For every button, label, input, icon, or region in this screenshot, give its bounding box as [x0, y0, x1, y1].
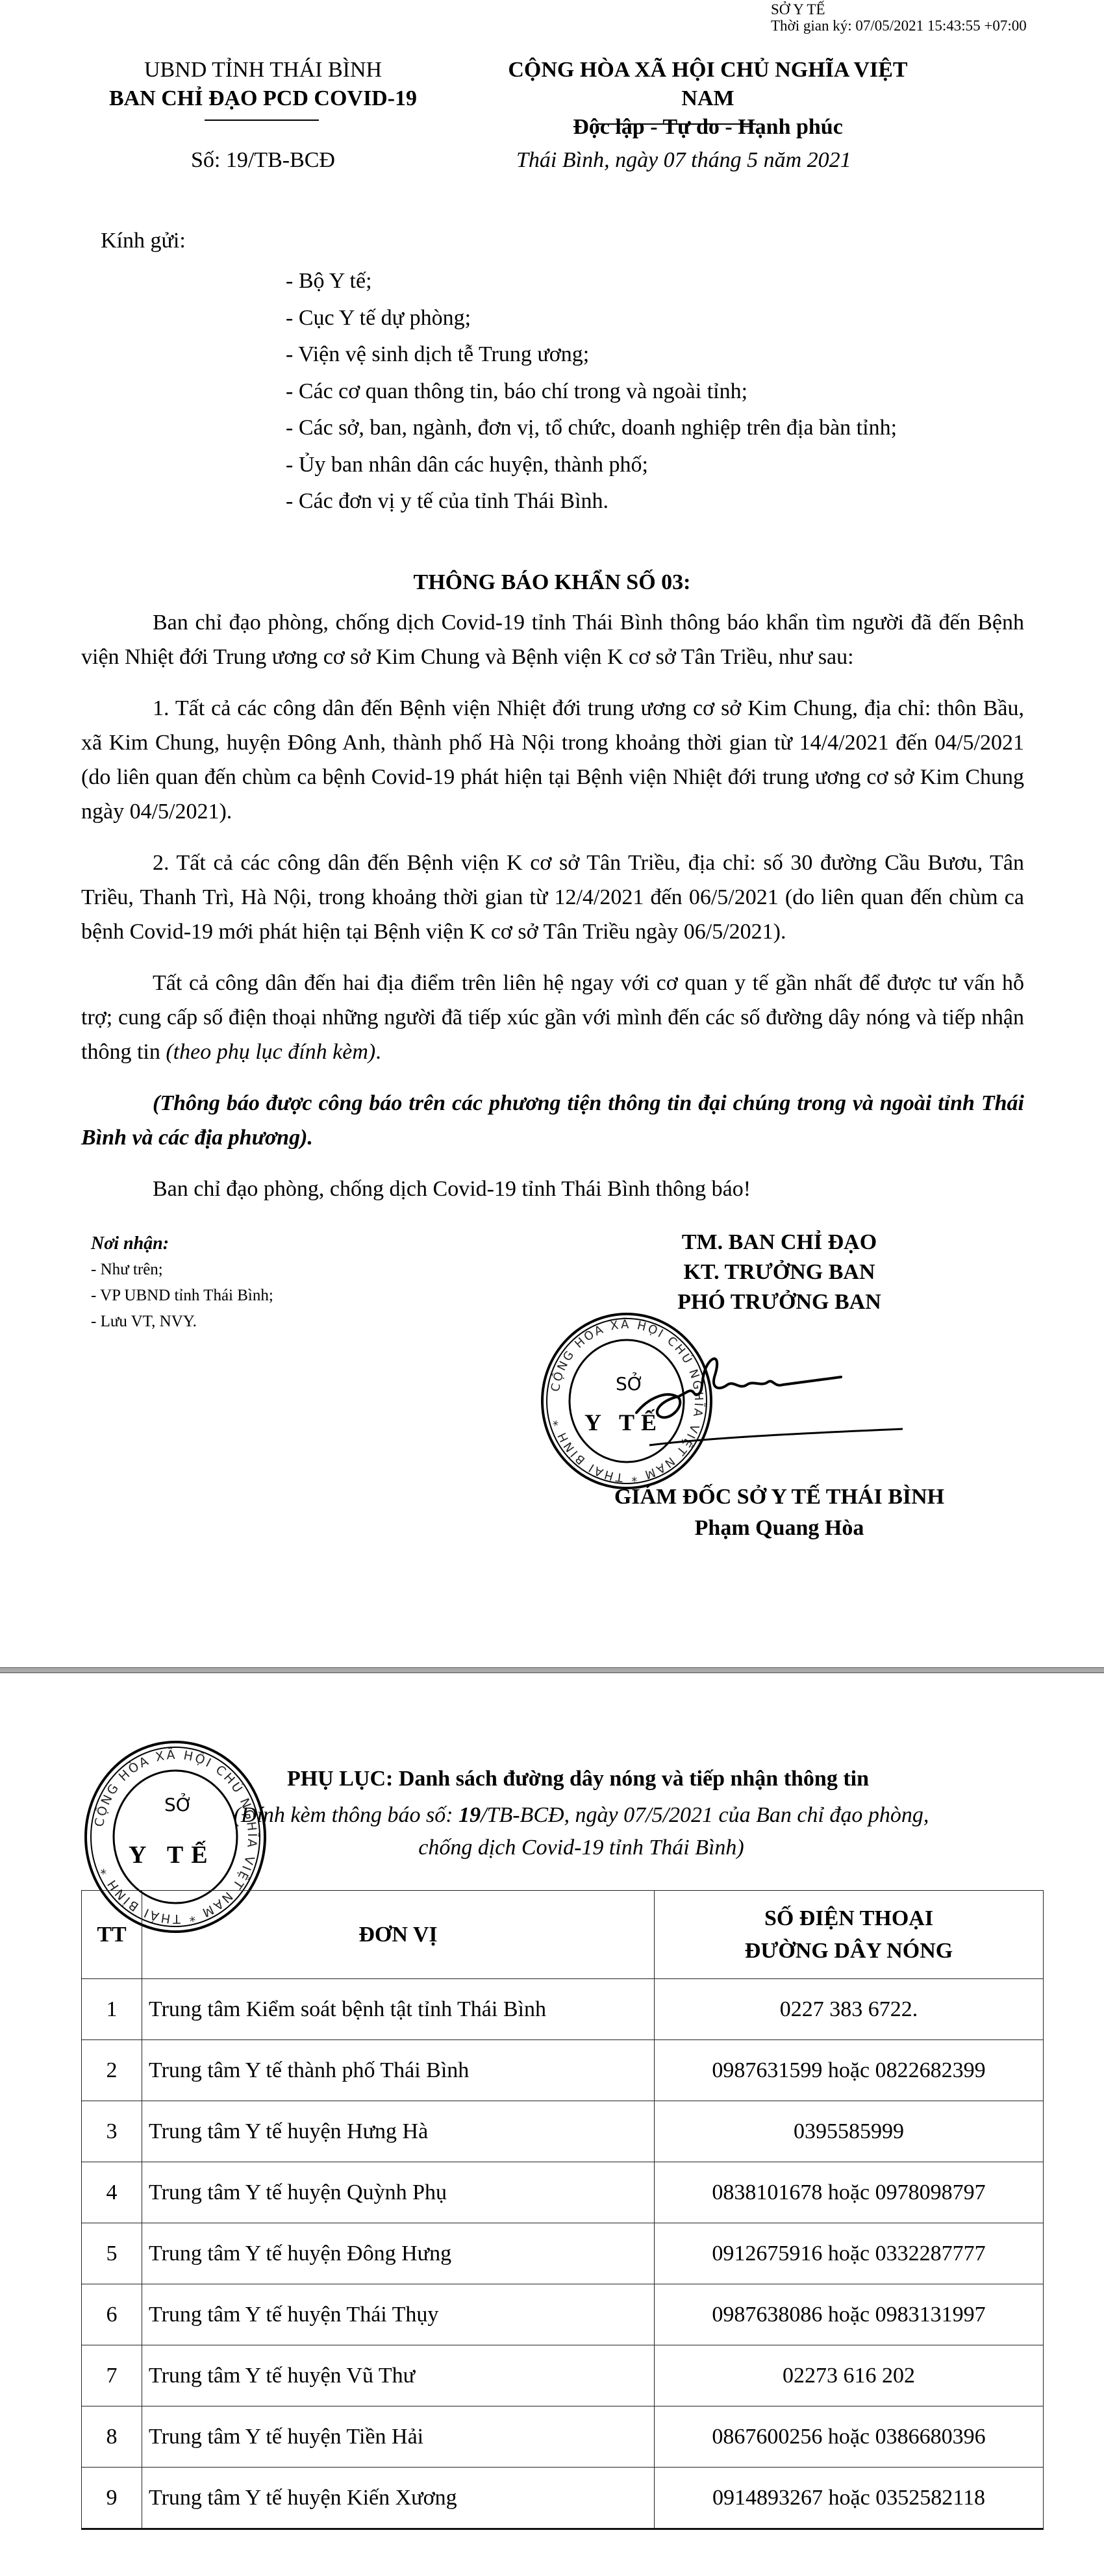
row-number: 2 [82, 2040, 142, 2101]
publish-note: (Thông báo được công báo trên các phương… [81, 1086, 1024, 1155]
receiver-item: - VP UBND tỉnh Thái Bình; [91, 1283, 273, 1309]
row-unit: Trung tâm Y tế huyện Hưng Hà [142, 2101, 655, 2162]
row-phone: 0867600256 hoặc 0386680396 [655, 2406, 1044, 2468]
receiver-item: - Lưu VT, NVY. [91, 1309, 273, 1335]
signature-line-3: PHÓ TRƯỞNG BAN [533, 1287, 1026, 1317]
salutation-label: Kính gửi: [101, 229, 186, 253]
header-unit: ĐƠN VỊ [142, 1891, 655, 1979]
digital-signature-org: SỞ Y TẾ [771, 1, 825, 18]
recipient-item: - Cục Y tế dự phòng; [286, 300, 897, 337]
row-unit: Trung tâm Kiểm soát bệnh tật tỉnh Thái B… [142, 1979, 655, 2040]
header-tt: TT [82, 1891, 142, 1979]
contact-end: . [375, 1040, 381, 1064]
notice-item-1: 1. Tất cả các công dân đến Bệnh viện Nhi… [81, 691, 1024, 829]
issuer-name: BAN CHỈ ĐẠO PCD COVID-19 [68, 84, 458, 113]
table-row: 3Trung tâm Y tế huyện Hưng Hà0395585999 [82, 2101, 1044, 2162]
table-row: 7Trung tâm Y tế huyện Vũ Thư02273 616 20… [82, 2345, 1044, 2406]
signer-name: Phạm Quang Hòa [533, 1513, 1026, 1543]
appendix-title: PHỤ LỤC: Danh sách đường dây nóng và tiế… [156, 1767, 1000, 1791]
row-unit: Trung tâm Y tế thành phố Thái Bình [142, 2040, 655, 2101]
header-phone-line2: ĐƯỜNG DÂY NÓNG [661, 1935, 1036, 1967]
appendix-subtitle-post: /TB-BCĐ, ngày 07/5/2021 của Ban chỉ đạo … [481, 1803, 929, 1827]
document-page-1: SỞ Y TẾ Thời gian ký: 07/05/2021 15:43:5… [0, 0, 1104, 1667]
recipient-item: - Bộ Y tế; [286, 263, 897, 300]
page-separator [0, 1667, 1104, 1673]
recipient-item: - Viện vệ sinh dịch tễ Trung ương; [286, 336, 897, 373]
hotline-table: TT ĐƠN VỊ SỐ ĐIỆN THOẠI ĐƯỜNG DÂY NÓNG 1… [81, 1890, 1044, 2530]
row-number: 4 [82, 2162, 142, 2223]
appendix-subtitle-line2: chống dịch Covid-19 tỉnh Thái Bình) [136, 1832, 1026, 1864]
notice-closing: Ban chỉ đạo phòng, chống dịch Covid-19 t… [81, 1172, 1024, 1206]
recipient-item: - Ủy ban nhân dân các huyện, thành phố; [286, 447, 897, 484]
signature-line-1: TM. BAN CHỈ ĐẠO [533, 1228, 1026, 1257]
table-row: 9Trung tâm Y tế huyện Kiến Xương09148932… [82, 2468, 1044, 2529]
table-row: 1Trung tâm Kiểm soát bệnh tật tỉnh Thái … [82, 1979, 1044, 2040]
document-number: Số: 19/TB-BCĐ [68, 148, 458, 173]
official-seal-icon: CỘNG HÒA XÃ HỘI CHỦ NGHĨA VIỆT NAM * THÁ… [539, 1312, 714, 1491]
svg-text:SỞ: SỞ [616, 1371, 644, 1395]
national-header: CỘNG HÒA XÃ HỘI CHỦ NGHĨA VIỆT NAM Độc l… [484, 56, 932, 142]
header-phone: SỐ ĐIỆN THOẠI ĐƯỜNG DÂY NÓNG [655, 1891, 1044, 1979]
recipient-item: - Các đơn vị y tế của tỉnh Thái Bình. [286, 483, 897, 520]
receivers-block: Nơi nhận: - Như trên; - VP UBND tỉnh Thá… [91, 1231, 273, 1335]
receiver-item: - Như trên; [91, 1257, 273, 1283]
notice-heading: THÔNG BÁO KHẨN SỐ 03: [0, 570, 1104, 595]
recipient-list: - Bộ Y tế; - Cục Y tế dự phòng; - Viện v… [286, 263, 897, 520]
row-phone: 0912675916 hoặc 0332287777 [655, 2223, 1044, 2284]
table-row: 8Trung tâm Y tế huyện Tiền Hải0867600256… [82, 2406, 1044, 2468]
row-phone: 0227 383 6722. [655, 1979, 1044, 2040]
issuer-parent: UBND TỈNH THÁI BÌNH [68, 56, 458, 84]
digital-signature-time: Thời gian ký: 07/05/2021 15:43:55 +07:00 [771, 18, 1027, 34]
row-phone: 0914893267 hoặc 0352582118 [655, 2468, 1044, 2529]
row-unit: Trung tâm Y tế huyện Kiến Xương [142, 2468, 655, 2529]
row-unit: Trung tâm Y tế huyện Quỳnh Phụ [142, 2162, 655, 2223]
issuer-underline [205, 120, 319, 121]
row-number: 1 [82, 1979, 142, 2040]
notice-contact: Tất cả công dân đến hai địa điểm trên li… [81, 966, 1024, 1069]
row-unit: Trung tâm Y tế huyện Thái Thụy [142, 2284, 655, 2345]
table-row: 4Trung tâm Y tế huyện Quỳnh Phụ083810167… [82, 2162, 1044, 2223]
table-row: 2Trung tâm Y tế thành phố Thái Bình09876… [82, 2040, 1044, 2101]
handwritten-signature-icon [623, 1351, 903, 1448]
row-number: 6 [82, 2284, 142, 2345]
appendix-subtitle: (Đính kèm thông báo số: 19/TB-BCĐ, ngày … [136, 1799, 1026, 1864]
national-motto: Độc lập - Tự do - Hạnh phúc [484, 113, 932, 142]
notice-item-2: 2. Tất cả các công dân đến Bệnh viện K c… [81, 846, 1024, 949]
signature-line-2: KT. TRƯỞNG BAN [533, 1257, 1026, 1287]
row-number: 7 [82, 2345, 142, 2406]
receivers-title: Nơi nhận: [91, 1231, 273, 1257]
national-title: CỘNG HÒA XÃ HỘI CHỦ NGHĨA VIỆT NAM [484, 56, 932, 113]
svg-text:Y TẾ: Y TẾ [584, 1409, 663, 1435]
row-number: 3 [82, 2101, 142, 2162]
notice-intro: Ban chỉ đạo phòng, chống dịch Covid-19 t… [81, 605, 1024, 674]
issuer-header: UBND TỈNH THÁI BÌNH BAN CHỈ ĐẠO PCD COVI… [68, 56, 458, 113]
row-phone: 02273 616 202 [655, 2345, 1044, 2406]
row-number: 8 [82, 2406, 142, 2468]
signer-position: GIÁM ĐỐC SỞ Y TẾ THÁI BÌNH [533, 1482, 1026, 1512]
row-phone: 0395585999 [655, 2101, 1044, 2162]
header-phone-line1: SỐ ĐIỆN THOẠI [661, 1902, 1036, 1935]
appendix-subtitle-number: 19 [458, 1803, 481, 1827]
recipient-item: - Các cơ quan thông tin, báo chí trong v… [286, 373, 897, 410]
row-phone: 0987638086 hoặc 0983131997 [655, 2284, 1044, 2345]
row-number: 5 [82, 2223, 142, 2284]
signature-block: TM. BAN CHỈ ĐẠO KT. TRƯỞNG BAN PHÓ TRƯỞN… [533, 1228, 1026, 1317]
notice-body: Ban chỉ đạo phòng, chống dịch Covid-19 t… [81, 605, 1024, 1206]
contact-appendix-ref: (theo phụ lục đính kèm) [166, 1040, 375, 1064]
row-number: 9 [82, 2468, 142, 2529]
svg-text:CỘNG HÒA XÃ HỘI CHỦ NGHĨA VIỆT: CỘNG HÒA XÃ HỘI CHỦ NGHĨA VIỆT NAM * THÁ… [549, 1317, 706, 1484]
row-phone: 0838101678 hoặc 0978098797 [655, 2162, 1044, 2223]
motto-underline [597, 123, 757, 125]
row-unit: Trung tâm Y tế huyện Tiền Hải [142, 2406, 655, 2468]
recipient-item: - Các sở, ban, ngành, đơn vị, tổ chức, d… [286, 410, 897, 447]
table-row: 6Trung tâm Y tế huyện Thái Thụy098763808… [82, 2284, 1044, 2345]
table-header-row: TT ĐƠN VỊ SỐ ĐIỆN THOẠI ĐƯỜNG DÂY NÓNG [82, 1891, 1044, 1979]
row-phone: 0987631599 hoặc 0822682399 [655, 2040, 1044, 2101]
table-row: 5Trung tâm Y tế huyện Đông Hưng091267591… [82, 2223, 1044, 2284]
row-unit: Trung tâm Y tế huyện Đông Hưng [142, 2223, 655, 2284]
row-unit: Trung tâm Y tế huyện Vũ Thư [142, 2345, 655, 2406]
appendix-subtitle-pre: (Đính kèm thông báo số: [234, 1803, 459, 1827]
document-date: Thái Bình, ngày 07 tháng 5 năm 2021 [516, 148, 851, 173]
